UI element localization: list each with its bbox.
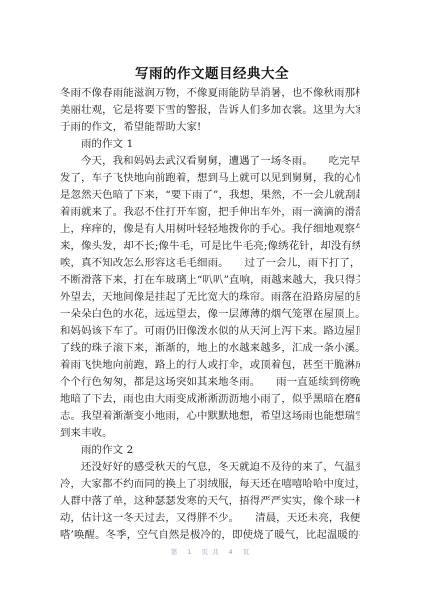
text-line: 于雨的作文，希望能帮助大家! bbox=[60, 119, 360, 136]
document-body: 冬雨不像春雨能滋润万物，不像夏雨能防旱消暑，也不像秋雨那样如烟如雾，美丽壮观，它… bbox=[60, 85, 360, 544]
text-line: 志。我望着渐渐变小地雨，心中默默地想，希望这场雨也能想瑞雪一样给农民 bbox=[60, 408, 360, 425]
text-line: 发了，车子飞快地向前跑着，想到马上就可以见到舅舅，我的心情很激动。可 bbox=[60, 170, 360, 187]
text-line: 着雨飞快地向前跑，路上的行人或打伞，或顶着包，甚至干脆淋成了落汤鸡， bbox=[60, 357, 360, 374]
section-heading: 雨的作文 2 bbox=[60, 442, 360, 459]
text-line: 美丽壮观，它是将要下雪的警报，告诉人们多加衣裳。这里为大家分享一些关 bbox=[60, 102, 360, 119]
text-line: 了线的珠子滚下来，渐渐的，地上的水越来越多，汇成一条小溪。 我们顶 bbox=[60, 340, 360, 357]
text-line: 上，痒痒的，像是有人用树叶轻轻地拨你的手心。我仔细地观察气窗外地小雨 bbox=[60, 221, 360, 238]
section-heading: 雨的作文 1 bbox=[60, 136, 360, 153]
text-line: 着雨就来了。我忍不住打开车窗，把手伸出车外，雨一滴滴的滑落在我得手 bbox=[60, 204, 360, 221]
page-footer: 第 1 页共 4 页 bbox=[0, 547, 424, 556]
text-line: 冷，大家都不约而同的换上了羽绒服，每天还在嘻嘻哈哈中度过，而我，却在 bbox=[60, 476, 360, 493]
text-line: 是忽然天色暗了下来，“要下雨了”，我想，果然，不一会儿就刮起了狂风，接 bbox=[60, 187, 360, 204]
text-line: 还没好好的感受秋天的气息，冬天就迫不及待的来了，气温变得越来越 bbox=[60, 459, 360, 476]
text-line: 来，像头发，却不长;像牛毛，可是比牛毛亮;像绣花针，却没有绣花针扎手。 bbox=[60, 238, 360, 255]
text-line: 到来丰收。 bbox=[60, 425, 360, 442]
text-line: 外望去，天地间像是挂起了无比宽大的珠帘。雨落在沿路房屋的屋顶上，溅起 bbox=[60, 289, 360, 306]
text-line: 一朵朵白色的水花，远远望去，像一层薄薄的烟气笼罩在屋顶上。这时候，我 bbox=[60, 306, 360, 323]
document-title: 写雨的作文题目经典大全 bbox=[0, 62, 424, 82]
text-line: 冬雨不像春雨能滋润万物，不像夏雨能防旱消暑，也不像秋雨那样如烟如雾， bbox=[60, 85, 360, 102]
text-line: 人群中落了单，这种瑟瑟发寒的天气，捂得严严实实，像个球一样，不能运 bbox=[60, 493, 360, 510]
text-line: 嗒’唤醒。冬季，空气自然是极冷的，即使烧了暖气，比起温暖的被窝，还是 bbox=[60, 527, 360, 544]
text-line: 今天，我和妈妈去武汉看舅舅，遭遇了一场冬雨。 吃完早饭我们就出 bbox=[60, 153, 360, 170]
text-line: 地暗了下去，雨也由大雨变成淅淅沥沥地小雨了，似乎黑暗在磨砺着雨的意 bbox=[60, 391, 360, 408]
text-line: 不断滑落下来，打在车玻璃上“叭叭”直响，雨越来越大，我只得关上车窗向 bbox=[60, 272, 360, 289]
text-line: 唉，真不知改怎么形容这毛毛细雨。 过了一会儿，雨下打了，豆大的雨点 bbox=[60, 255, 360, 272]
text-line: 动，估计这一冬天过去，又得胖不少。 清晨，天还未亮，我便被一阵‘嗒 bbox=[60, 510, 360, 527]
text-line: 个个行色匆匆，都是这场突如其来地冬雨。 雨一直延续到傍晚，天色渐渐 bbox=[60, 374, 360, 391]
text-line: 和妈妈该下车了。可雨仍旧像泼水似的从天河上泻下来。路边屋顶上的雨像断 bbox=[60, 323, 360, 340]
